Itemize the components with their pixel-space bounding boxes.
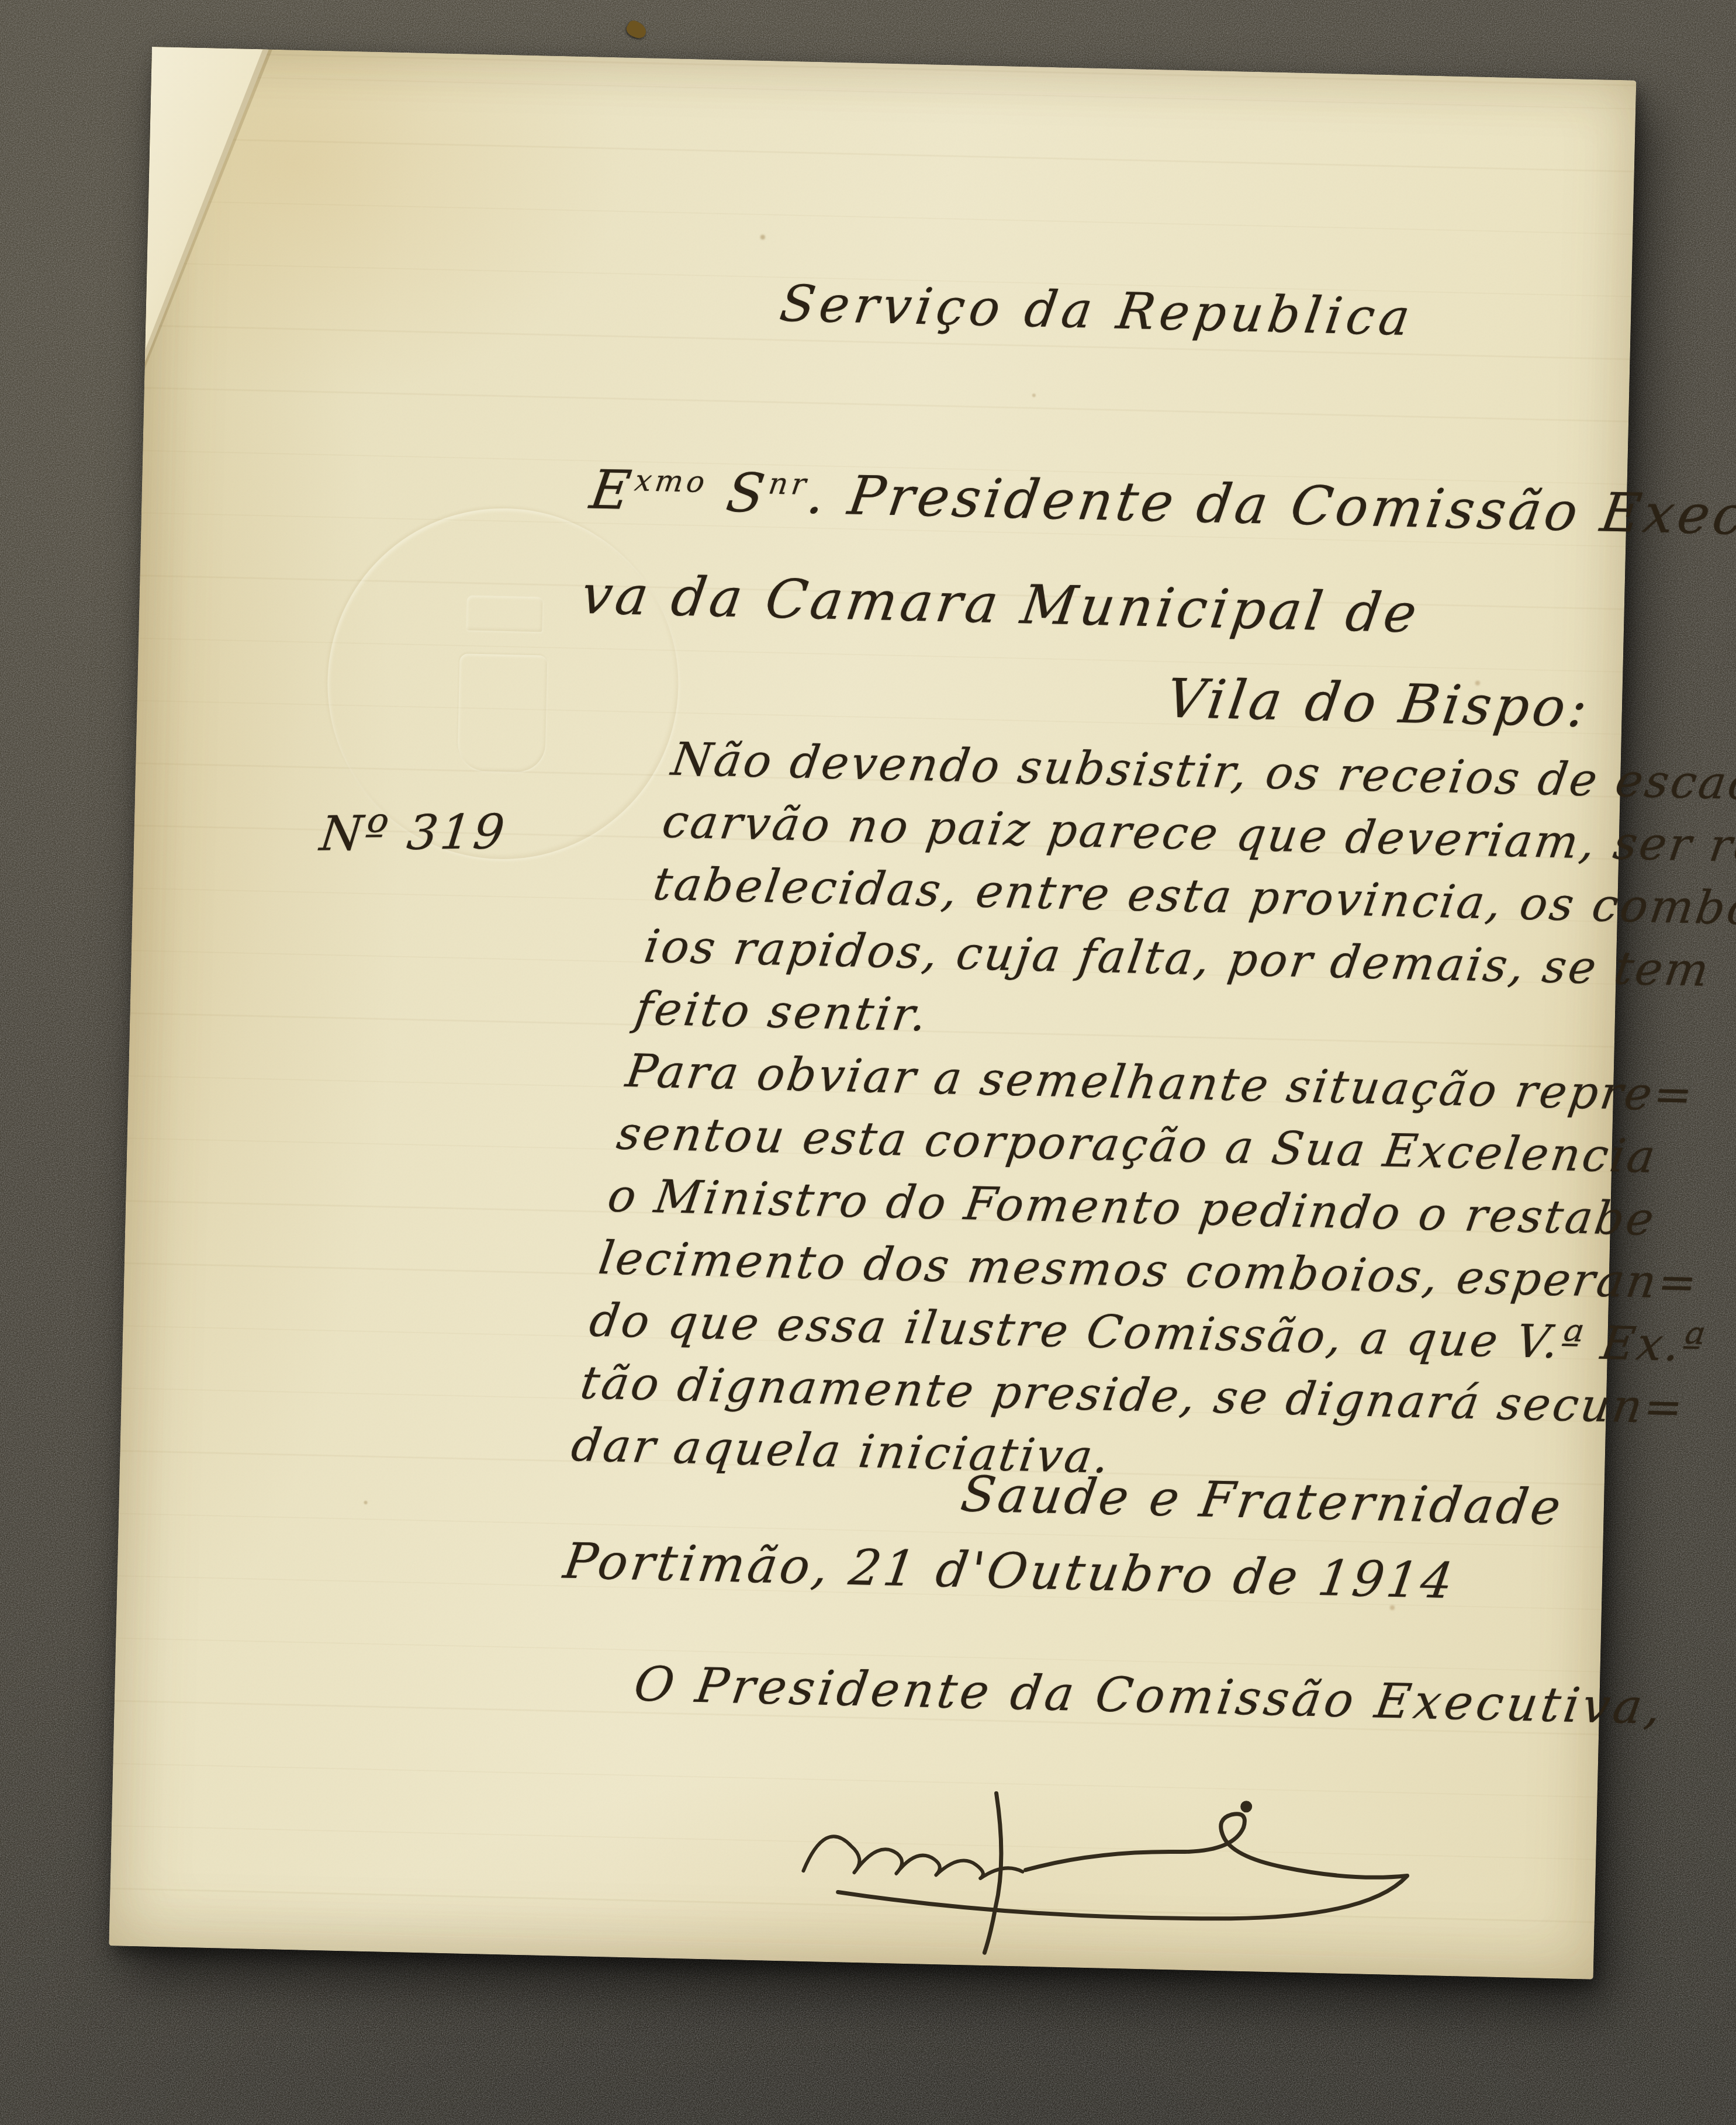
closing-salutation: Saude e Fraternidade <box>958 1469 1566 1532</box>
addressee-honorific-superscript: xmo <box>632 463 711 499</box>
letter-body: Não devendo subsistir, os receios de esc… <box>568 729 1736 1504</box>
addressee-honorific: E <box>586 458 638 521</box>
letter-paper: Serviço da Republica Exmo Snr. President… <box>109 47 1636 1979</box>
signature <box>728 1755 1492 1971</box>
addressee-title-start: S <box>702 461 772 525</box>
signature-flourish <box>728 1755 1492 1971</box>
reference-number: Nº 319 <box>318 808 509 859</box>
letter-header: Serviço da Republica <box>777 279 1417 343</box>
addressee-snr-superscript: nr <box>766 466 811 501</box>
